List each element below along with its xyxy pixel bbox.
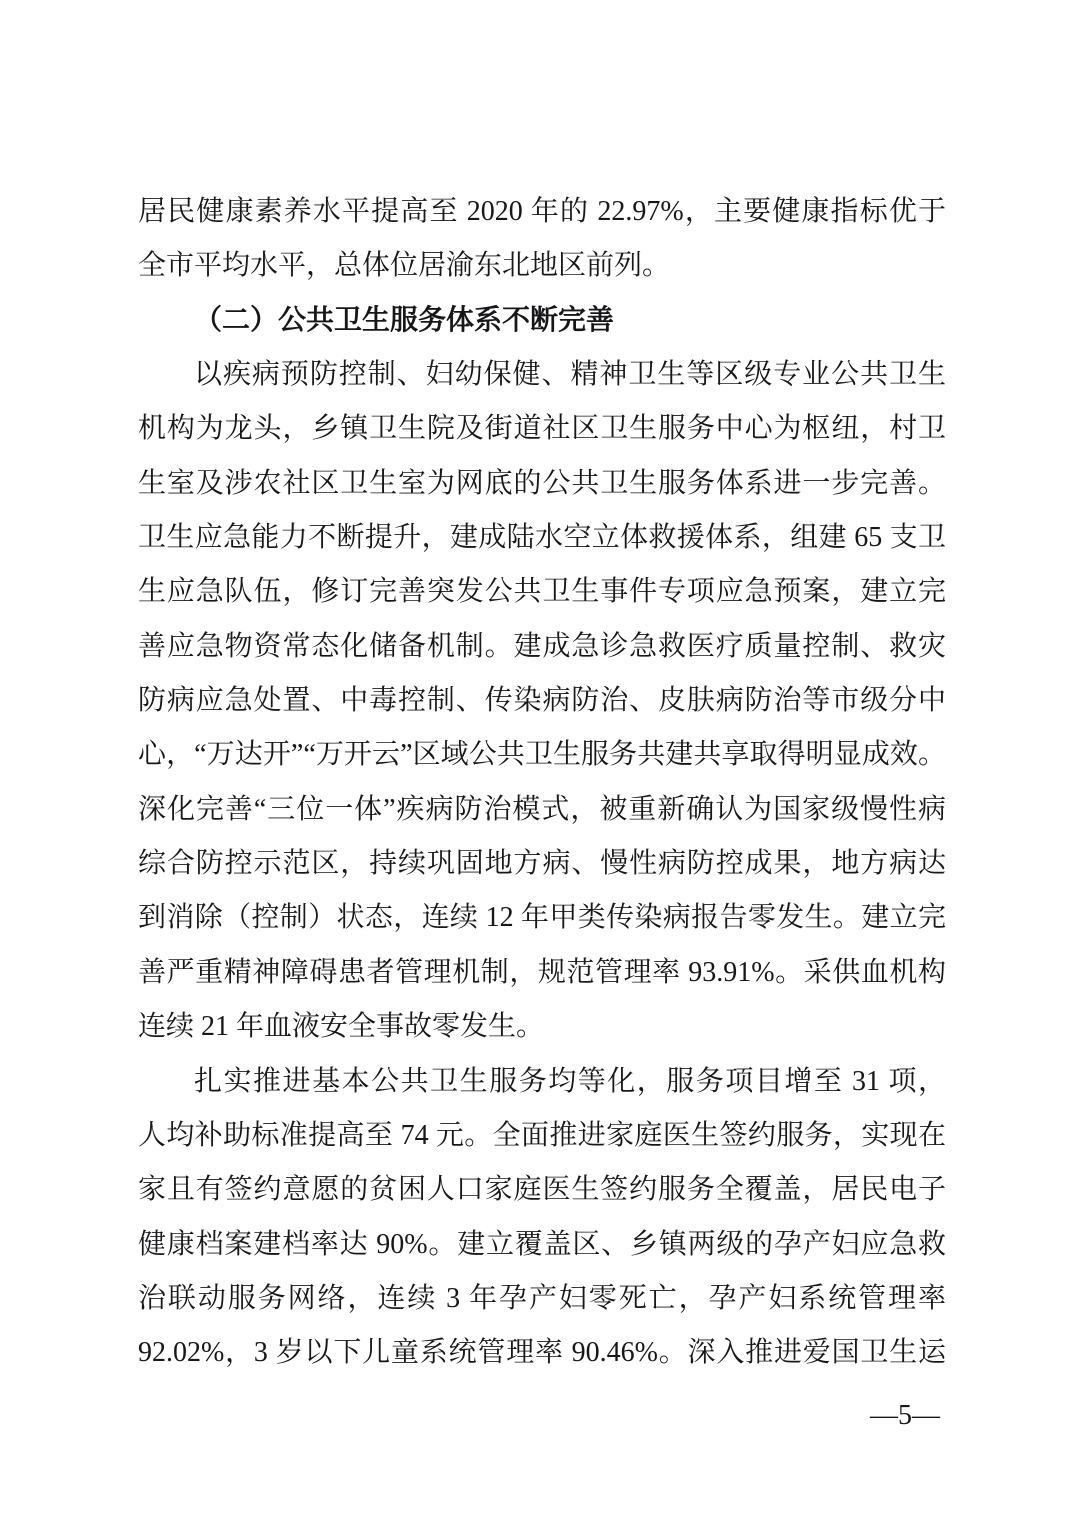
text-line: 居民健康素养水平提高至 2020 年的 22.97%，主要健康指标优于 (138, 185, 946, 239)
page-body: 居民健康素养水平提高至 2020 年的 22.97%，主要健康指标优于 全市平均… (138, 185, 946, 1381)
text-line: 到消除（控制）状态，连续 12 年甲类传染病报告零发生。建立完 (138, 891, 946, 945)
text-line: 人均补助标准提高至 74 元。全面推进家庭医生签约服务，实现在 (138, 1109, 946, 1163)
text-line: 生应急队伍，修订完善突发公共卫生事件专项应急预案，建立完 (138, 565, 946, 619)
text-line: 治联动服务网络，连续 3 年孕产妇零死亡，孕产妇系统管理率 (138, 1272, 946, 1326)
text-line: 以疾病预防控制、妇幼保健、精神卫生等区级专业公共卫生 (138, 348, 946, 402)
text-line: 92.02%，3 岁以下儿童系统管理率 90.46%。深入推进爱国卫生运 (138, 1326, 946, 1380)
text-line: 防病应急处置、中毒控制、传染病防治、皮肤病防治等市级分中 (138, 674, 946, 728)
text-line: 连续 21 年血液安全事故零发生。 (138, 1000, 946, 1054)
text-line: 家且有签约意愿的贫困人口家庭医生签约服务全覆盖，居民电子 (138, 1163, 946, 1217)
text-line: 综合防控示范区，持续巩固地方病、慢性病防控成果，地方病达 (138, 837, 946, 891)
text-line: 卫生应急能力不断提升，建成陆水空立体救援体系，组建 65 支卫 (138, 511, 946, 565)
text-line: 心，“万达开”“万开云”区域公共卫生服务共建共享取得明显成效。 (138, 728, 946, 782)
text-line: 全市平均水平，总体位居渝东北地区前列。 (138, 239, 946, 293)
text-line: 生室及涉农社区卫生室为网底的公共卫生服务体系进一步完善。 (138, 457, 946, 511)
text-line: 善应急物资常态化储备机制。建成急诊急救医疗质量控制、救灾 (138, 620, 946, 674)
document-page: 居民健康素养水平提高至 2020 年的 22.97%，主要健康指标优于 全市平均… (0, 0, 1074, 1520)
text-line: 扎实推进基本公共卫生服务均等化，服务项目增至 31 项， (138, 1055, 946, 1109)
text-line: 深化完善“三位一体”疾病防治模式，被重新确认为国家级慢性病 (138, 783, 946, 837)
text-line: 健康档案建档率达 90%。建立覆盖区、乡镇两级的孕产妇应急救 (138, 1218, 946, 1272)
text-line: 机构为龙头，乡镇卫生院及街道社区卫生服务中心为枢纽，村卫 (138, 402, 946, 456)
section-heading: （二）公共卫生服务体系不断完善 (138, 294, 946, 348)
page-number: —5— (870, 1398, 940, 1434)
text-line: 善严重精神障碍患者管理机制，规范管理率 93.91%。采供血机构 (138, 946, 946, 1000)
